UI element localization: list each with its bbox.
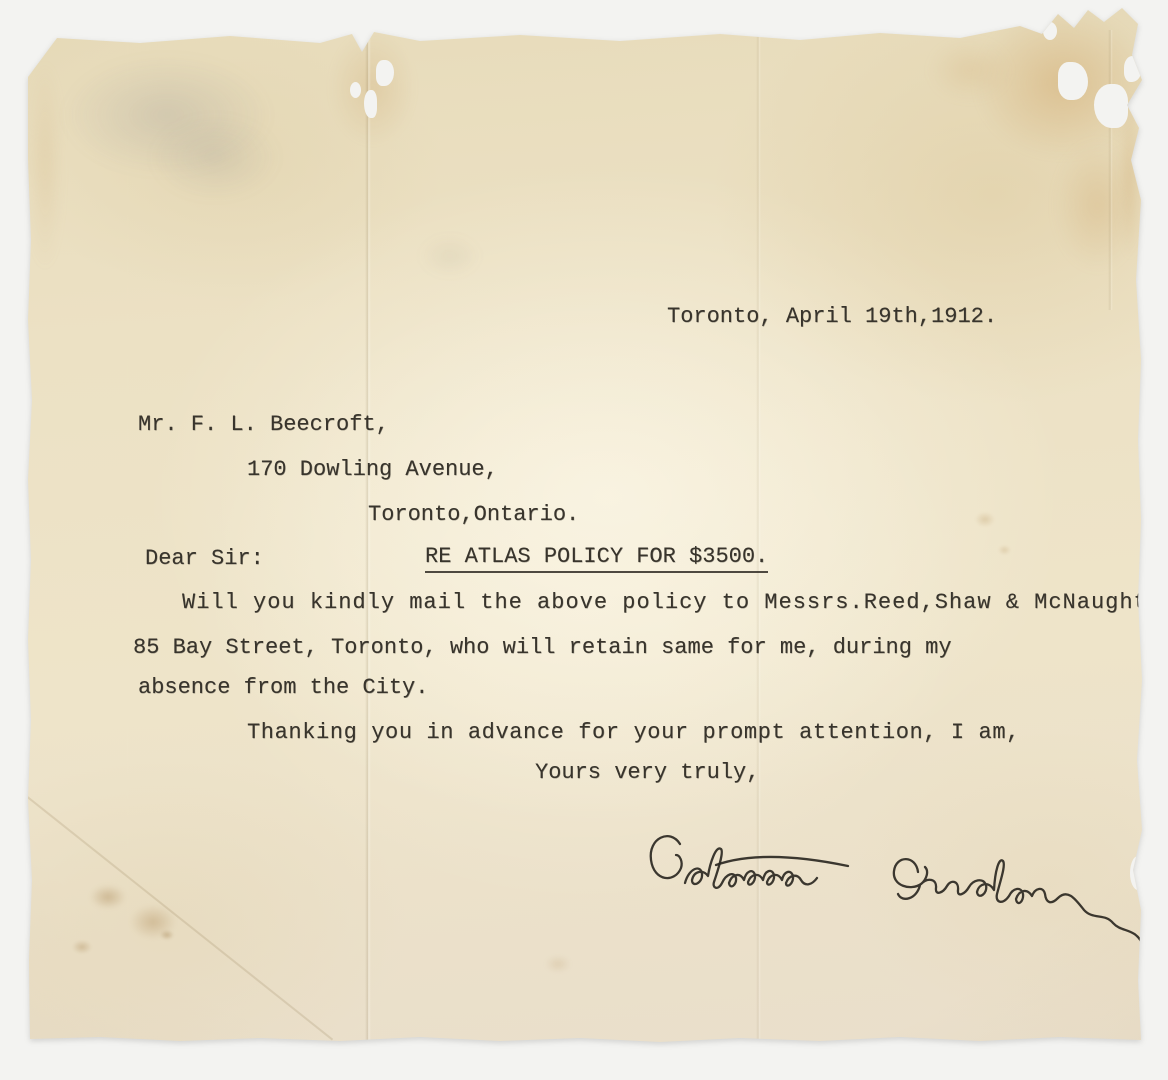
stain <box>1118 90 1142 260</box>
fold-crease <box>1108 30 1113 310</box>
stain <box>90 885 126 909</box>
torn-hole <box>1058 62 1088 100</box>
subject-line: RE ATLAS POLICY FOR $3500. <box>425 546 768 568</box>
salutation: Dear Sir: <box>145 548 264 570</box>
stain <box>28 60 62 270</box>
dateline: Toronto, April 19th,1912. <box>667 306 997 328</box>
torn-hole <box>1043 22 1057 40</box>
torn-hole <box>364 90 377 118</box>
stain <box>545 955 571 973</box>
stain <box>930 40 1010 100</box>
stain <box>62 55 272 175</box>
recipient-name: Mr. F. L. Beecroft, <box>138 414 389 436</box>
recipient-street: 170 Dowling Avenue, <box>247 459 498 481</box>
stain <box>130 905 176 939</box>
torn-hole <box>1124 56 1142 82</box>
stain <box>160 930 174 940</box>
body-line: absence from the City. <box>138 677 428 699</box>
fold-crease <box>23 793 333 1040</box>
torn-hole <box>350 82 361 98</box>
closing-line: Thanking you in advance for your prompt … <box>247 722 1020 744</box>
body-line: Will you kindly mail the above policy to… <box>182 592 1148 614</box>
recipient-city: Toronto,Ontario. <box>368 504 579 526</box>
valediction: Yours very truly, <box>535 762 759 784</box>
stain <box>330 30 415 145</box>
fold-crease <box>365 30 371 1042</box>
stain <box>998 545 1011 555</box>
stain <box>1055 140 1140 270</box>
stain <box>975 512 995 527</box>
stain <box>420 236 480 276</box>
paper-shadow: Toronto, April 19th,1912. Mr. F. L. Beec… <box>0 0 1168 1080</box>
stain <box>150 115 280 200</box>
letter-scan: Toronto, April 19th,1912. Mr. F. L. Beec… <box>0 0 1168 1080</box>
signature <box>630 822 1150 962</box>
body-line: 85 Bay Street, Toronto, who will retain … <box>133 637 952 659</box>
torn-hole <box>1094 84 1128 128</box>
letter-paper: Toronto, April 19th,1912. Mr. F. L. Beec… <box>0 0 1168 1080</box>
stain <box>975 8 1150 158</box>
subject-text: RE ATLAS POLICY FOR $3500. <box>425 544 768 573</box>
torn-hole <box>376 60 394 86</box>
stain <box>72 940 92 954</box>
